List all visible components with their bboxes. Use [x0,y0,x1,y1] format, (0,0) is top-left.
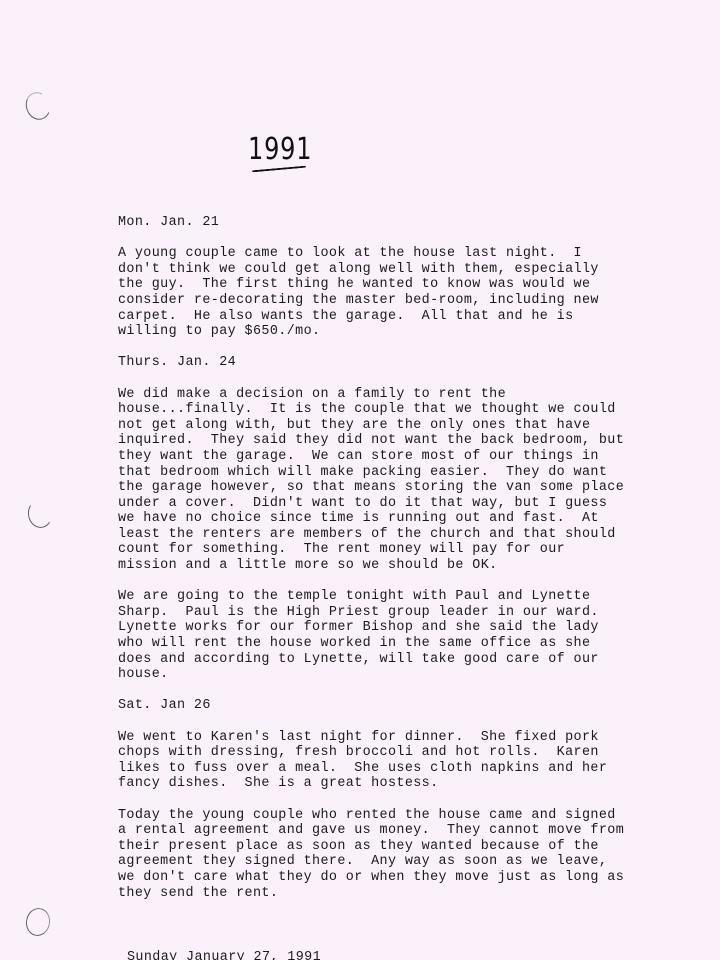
entry-date: Sat. Jan 26 [118,698,718,714]
text-line: not get along with, but they are the onl… [118,418,718,434]
journal-body: Mon. Jan. 21A young couple came to look … [118,215,718,917]
text-line: house...finally. It is the couple that w… [118,402,718,418]
year-heading: 1991 [248,132,312,167]
text-line: their present place as soon as they want… [118,839,718,855]
entry-paragraph: We went to Karen's last night for dinner… [118,730,718,792]
text-line: consider re-decorating the master bed-ro… [118,293,718,309]
text-line: fancy dishes. She is a great hostess. [118,776,718,792]
text-line: don't think we could get along well with… [118,262,718,278]
text-line: that bedroom which will make packing eas… [118,465,718,481]
text-line: the guy. The first thing he wanted to kn… [118,277,718,293]
text-line: chops with dressing, fresh broccoli and … [118,745,718,761]
text-line: likes to fuss over a meal. She uses clot… [118,761,718,777]
entry-date: Mon. Jan. 21 [118,215,718,231]
text-line: does and according to Lynette, will take… [118,652,718,668]
text-line: Today the young couple who rented the ho… [118,808,718,824]
entry-paragraph: A young couple came to look at the house… [118,246,718,340]
punch-hole-icon [22,89,54,124]
text-line: agreement they signed there. Any way as … [118,854,718,870]
punch-hole-icon [26,498,54,530]
text-line: the garage however, so that means storin… [118,480,718,496]
text-line: we have no choice since time is running … [118,511,718,527]
text-line: We are going to the temple tonight with … [118,589,718,605]
text-line: We did make a decision on a family to re… [118,387,718,403]
text-line: least the renters are members of the chu… [118,527,718,543]
entry-paragraph: We are going to the temple tonight with … [118,589,718,683]
text-line: willing to pay $650./mo. [118,324,718,340]
punch-hole-icon [24,906,52,938]
text-line: under a cover. Didn't want to do it that… [118,496,718,512]
text-line: Sharp. Paul is the High Priest group lea… [118,605,718,621]
text-line: carpet. He also wants the garage. All th… [118,309,718,325]
text-line: count for something. The rent money will… [118,542,718,558]
text-line: who will rent the house worked in the sa… [118,636,718,652]
entry-paragraph: We did make a decision on a family to re… [118,387,718,574]
text-line: Lynette works for our former Bishop and … [118,620,718,636]
text-line: We went to Karen's last night for dinner… [118,730,718,746]
entry-paragraph: Today the young couple who rented the ho… [118,808,718,902]
next-entry-date: Sunday January 27, 1991 [127,950,321,960]
text-line: house. [118,667,718,683]
text-line: they send the rent. [118,886,718,902]
text-line: inquired. They said they did not want th… [118,433,718,449]
document-page: 1991 Mon. Jan. 21A young couple came to … [0,0,720,960]
text-line: A young couple came to look at the house… [118,246,718,262]
text-line: a rental agreement and gave us money. Th… [118,823,718,839]
text-line: we don't care what they do or when they … [118,870,718,886]
entry-date: Thurs. Jan. 24 [118,355,718,371]
text-line: mission and a little more so we should b… [118,558,718,574]
text-line: they want the garage. We can store most … [118,449,718,465]
